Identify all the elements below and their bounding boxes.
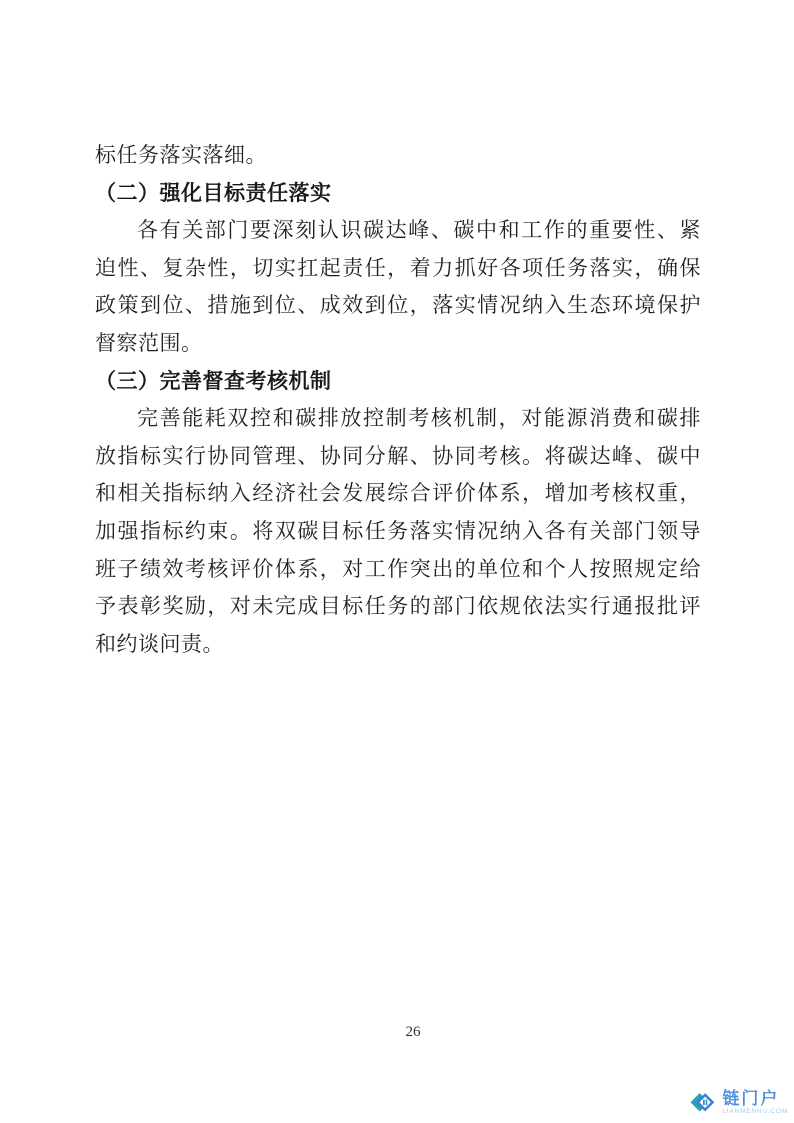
- lianmenhu-diamond-icon: [690, 1089, 717, 1116]
- text-line: 标任务落实落细。: [95, 137, 701, 175]
- text-line: 各有关部门要深刻认识碳达峰、碳中和工作的重要性、紧: [95, 212, 701, 250]
- text-line: 加强指标约束。将双碳目标任务落实情况纳入各有关部门领导: [95, 513, 701, 551]
- text-line: 和相关指标纳入经济社会发展综合评价体系，增加考核权重，: [95, 475, 701, 513]
- section-heading: （二）强化目标责任落实: [95, 175, 701, 213]
- section-heading: （三）完善督查考核机制: [95, 363, 701, 401]
- text-line: 和约谈问责。: [95, 626, 701, 664]
- document-page: 标任务落实落细。（二）强化目标责任落实各有关部门要深刻认识碳达峰、碳中和工作的重…: [0, 0, 794, 1123]
- text-line: 完善能耗双控和碳排放控制考核机制，对能源消费和碳排: [95, 400, 701, 438]
- text-line: 放指标实行协同管理、协同分解、协同考核。将碳达峰、碳中: [95, 438, 701, 476]
- page-number: 26: [16, 1024, 794, 1041]
- logo-title: 链门户: [722, 1090, 788, 1107]
- text-line: 政策到位、措施到位、成效到位，落实情况纳入生态环境保护: [95, 287, 701, 325]
- logo-text-group: 链门户 LIANMENHU.COM: [722, 1090, 788, 1116]
- logo-subtitle: LIANMENHU.COM: [722, 1109, 788, 1116]
- text-line: 班子绩效考核评价体系，对工作突出的单位和个人按照规定给: [95, 551, 701, 589]
- site-watermark-logo: 链门户 LIANMENHU.COM: [690, 1089, 788, 1116]
- text-line: 迫性、复杂性，切实扛起责任，着力抓好各项任务落实，确保: [95, 250, 701, 288]
- document-body: 标任务落实落细。（二）强化目标责任落实各有关部门要深刻认识碳达峰、碳中和工作的重…: [95, 137, 701, 663]
- text-line: 予表彰奖励，对未完成目标任务的部门依规依法实行通报批评: [95, 588, 701, 626]
- text-line: 督察范围。: [95, 325, 701, 363]
